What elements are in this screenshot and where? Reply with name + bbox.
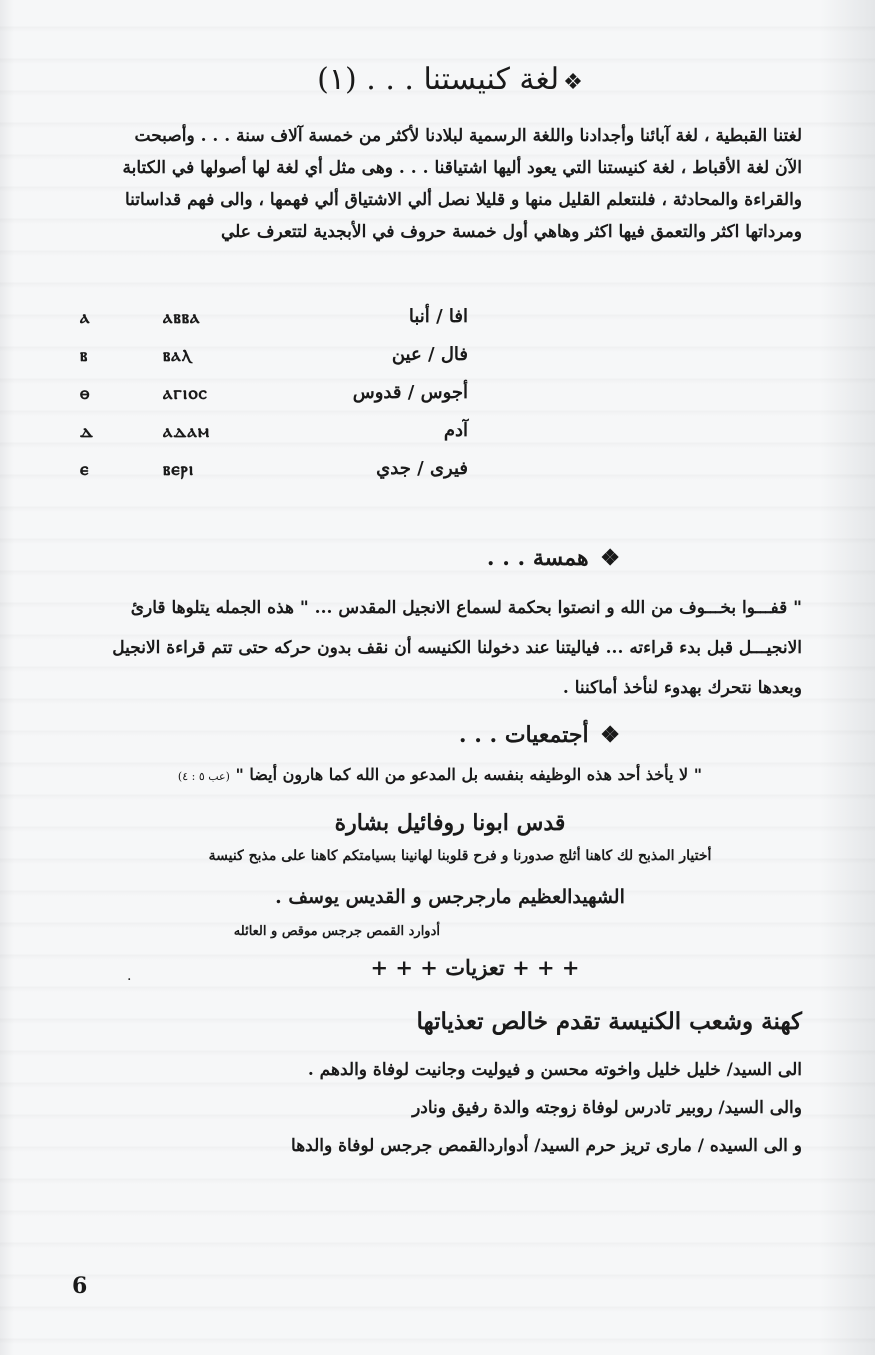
section-heading-hamsa: ❖ همسة . . . <box>300 545 620 571</box>
page-title: ❖لغة كنيستنا . . . (١) <box>100 62 800 97</box>
condolences-subheading: كهنة وشعب الكنيسة تقدم خالص تعذياتها <box>100 1008 802 1035</box>
hamsa-heading-text: همسة . . . <box>487 545 589 571</box>
announcement-church: الشهيدالعظيم مارجرجس و القديس يوسف . <box>200 886 700 908</box>
coptic-word: ⲁⲃⲃⲁ <box>163 306 200 328</box>
announcement-line: أختيار المذبح لك كاهنا أثلج صدورنا و فرح… <box>150 848 770 864</box>
section-heading-ijtimaiyat: ❖ أجتمعيات . . . <box>300 722 620 748</box>
intro-line: ومرداتها اكثر والتعمق فيها اكثر وهاهي أو… <box>100 216 802 248</box>
intro-line: والقراءة والمحادثة ، فلنتعلم القليل منها… <box>100 184 802 216</box>
page-title-text: لغة كنيستنا . . . (١) <box>317 62 559 97</box>
condolence-line: الى السيد/ خليل خليل واخوته محسن و فيولي… <box>100 1060 802 1080</box>
intro-paragraph: لغتنا القبطية ، لغة آبائنا وأجدادنا والل… <box>100 120 802 248</box>
coptic-letter: ⲇ <box>80 420 93 442</box>
arabic-transliteration: آدم <box>444 420 468 441</box>
arabic-transliteration: فيرى / جدي <box>376 458 468 479</box>
alphabet-row: ⲑ ⲁⲅⲓⲟⲥ أجوس / قدوس <box>60 382 460 418</box>
coptic-word: ⲃⲁⲗ <box>163 344 192 366</box>
arabic-transliteration: أجوس / قدوس <box>353 382 468 403</box>
ijtimaiyat-heading-text: أجتمعيات . . . <box>459 722 589 748</box>
coptic-word: ⲁⲅⲓⲟⲥ <box>163 382 208 404</box>
diamond-ornament-icon: ❖ <box>600 722 620 748</box>
diamond-ornament-icon: ❖ <box>600 545 620 571</box>
alphabet-row: ⲇ ⲁⲇⲁⲙ آدم <box>60 420 460 456</box>
coptic-letter: ⲃ <box>80 344 87 366</box>
alphabet-row: ⲃ ⲃⲁⲗ فال / عين <box>60 344 460 380</box>
quote-text: " لا يأخذ أحد هذه الوظيفه بنفسه بل المدع… <box>235 765 702 784</box>
coptic-letter: ⲁ <box>80 306 89 328</box>
hamsa-line: الانجيـــل قبل بدء قراءته ... فياليتنا ع… <box>100 628 802 668</box>
quote-reference: (عب ٥ : ٤) <box>178 770 230 783</box>
coptic-word: ⲃⲉⲣⲓ <box>163 458 194 480</box>
coptic-letter: ⲑ <box>80 382 89 404</box>
coptic-letter: ⲉ <box>80 458 88 480</box>
condolence-line: والى السيد/ روبير تادرس لوفاة زوجته والد… <box>100 1098 802 1118</box>
condolence-line: و الى السيده / مارى تريز حرم السيد/ أدوا… <box>100 1136 802 1156</box>
scripture-quote: " لا يأخذ أحد هذه الوظيفه بنفسه بل المدع… <box>120 765 760 784</box>
diamond-ornament-icon: ❖ <box>563 70 583 95</box>
hamsa-line: وبعدها نتحرك بهدوء لنأخذ أماكننا . <box>100 668 802 708</box>
alphabet-row: ⲁ ⲁⲃⲃⲁ افا / أنبا <box>60 306 460 342</box>
hamsa-line: " قفـــوا بخـــوف من الله و انصتوا بحكمة… <box>100 588 802 628</box>
arabic-transliteration: فال / عين <box>392 344 468 365</box>
intro-line: لغتنا القبطية ، لغة آبائنا وأجدادنا والل… <box>100 120 802 152</box>
arabic-transliteration: افا / أنبا <box>409 306 468 327</box>
condolences-heading: + + + تعزيات + + + <box>250 955 700 980</box>
hamsa-paragraph: " قفـــوا بخـــوف من الله و انصتوا بحكمة… <box>100 588 802 708</box>
announcement-signature: أدوارد القمص جرجس موقص و العائله <box>110 924 440 939</box>
alphabet-row: ⲉ ⲃⲉⲣⲓ فيرى / جدي <box>60 458 460 494</box>
coptic-word: ⲁⲇⲁⲙ <box>163 420 210 442</box>
announcement-title: قدس ابونا روفائيل بشارة <box>200 810 700 836</box>
intro-line: الآن لغة الأقباط ، لغة كنيستنا التي يعود… <box>100 152 802 184</box>
stray-dot: . <box>127 968 131 984</box>
page-number: 6 <box>72 1273 87 1299</box>
